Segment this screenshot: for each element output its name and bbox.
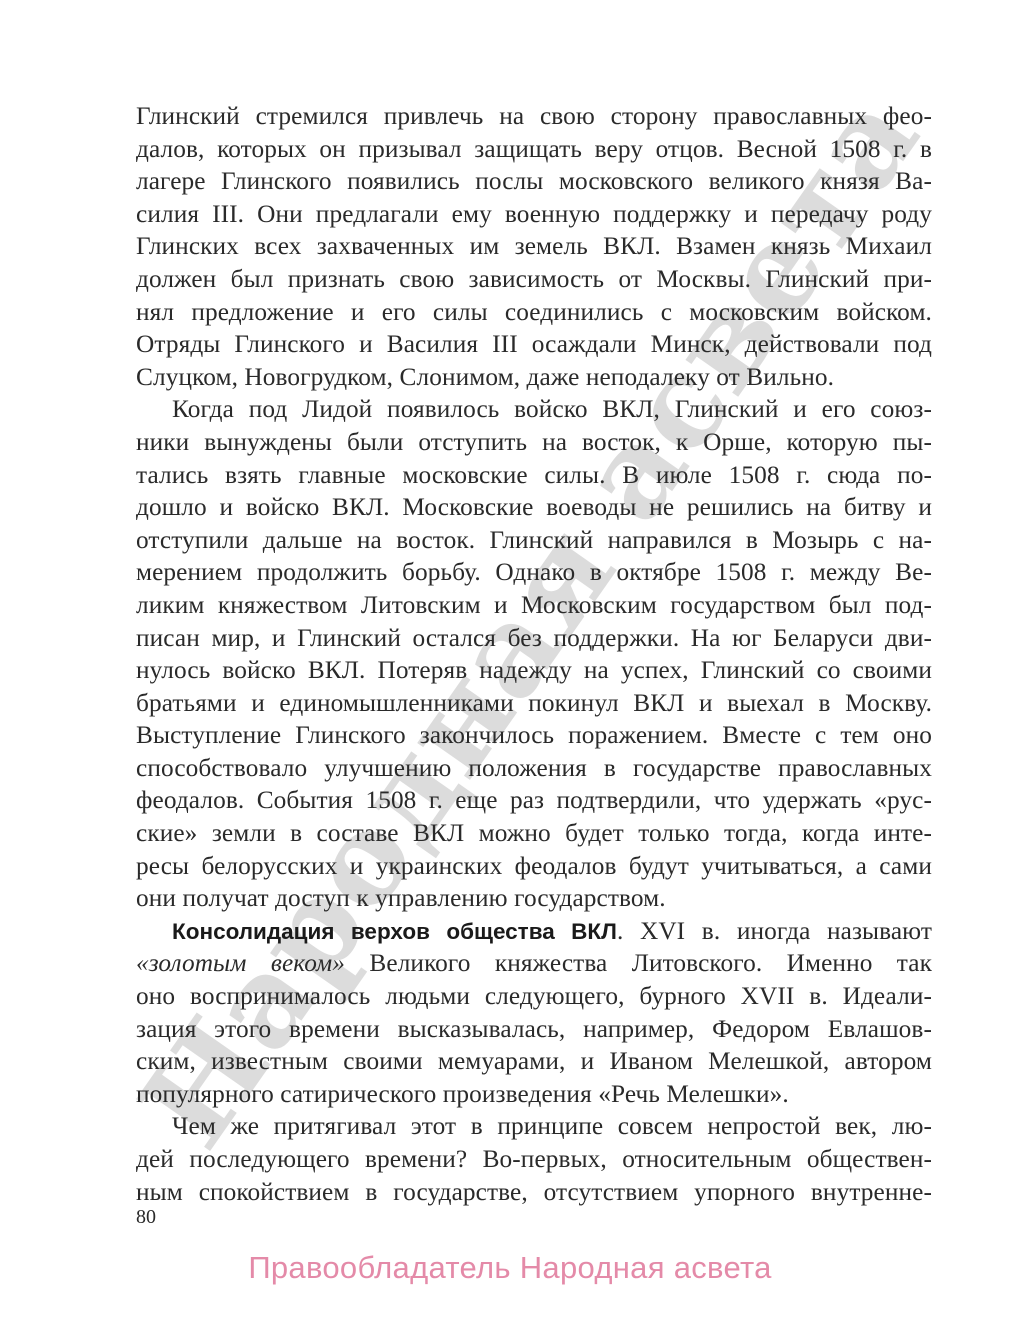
text-line: оно воспринималось людьми следующего, бу… xyxy=(136,980,932,1013)
copyright-notice: Правообладатель Народная асвета xyxy=(0,1250,1020,1286)
text-line: нял предложение и его силы соединились с… xyxy=(136,296,932,329)
text-line: тались взять главные московские силы. В … xyxy=(136,459,932,492)
text-line: нулось войско ВКЛ. Потеряв надежду на ус… xyxy=(136,654,932,687)
text-line: писан мир, и Глинский остался без поддер… xyxy=(136,622,932,655)
italic-term: «золотым веком» xyxy=(136,949,345,977)
text-line: «золотым веком» Великого княжества Литов… xyxy=(136,947,932,980)
text-line: Когда под Лидой появилось войско ВКЛ, Гл… xyxy=(136,393,932,426)
text-line: ским, известным своими мемуарами, и Иван… xyxy=(136,1045,932,1078)
text-line: Слуцком, Новогрудком, Слонимом, даже неп… xyxy=(136,361,932,394)
text-line: отступили дальше на восток. Глинский нап… xyxy=(136,524,932,557)
text-line: дей последующего времени? Во-первых, отн… xyxy=(136,1143,932,1176)
text-line: ресы белорусских и украинских феодалов б… xyxy=(136,850,932,883)
page-number: 80 xyxy=(136,1206,156,1229)
text-span: . XVI в. иногда называют xyxy=(617,917,932,945)
text-line: лагере Глинского появились послы московс… xyxy=(136,165,932,198)
text-line: дошло и войско ВКЛ. Московские воеводы н… xyxy=(136,491,932,524)
text-line: ным спокойствием в государстве, отсутств… xyxy=(136,1176,932,1209)
text-line: Консолидация верхов общества ВКЛ. XVI в.… xyxy=(136,915,932,948)
paragraph-1: Глинский стремился привлечь на свою стор… xyxy=(136,100,932,393)
text-line: Чем же притягивал этот в принципе совсем… xyxy=(136,1110,932,1143)
text-line: ликим княжеством Литовским и Московским … xyxy=(136,589,932,622)
text-line: далов, которых он призывал защищать веру… xyxy=(136,133,932,166)
section-heading: Консолидация верхов общества ВКЛ xyxy=(172,919,617,944)
paragraph-3: Консолидация верхов общества ВКЛ. XVI в.… xyxy=(136,915,932,1111)
page-body: Глинский стремился привлечь на свою стор… xyxy=(136,100,932,1208)
text-line: мерением продолжить борьбу. Однако в окт… xyxy=(136,556,932,589)
text-line: Выступление Глинского закончилось пораже… xyxy=(136,719,932,752)
text-line: Глинских всех захваченных им земель ВКЛ.… xyxy=(136,230,932,263)
text-line: феодалов. События 1508 г. еще раз подтве… xyxy=(136,784,932,817)
text-line: популярного сатирического произведения «… xyxy=(136,1078,932,1111)
text-line: они получат доступ к управлению государс… xyxy=(136,882,932,915)
text-line: Отряды Глинского и Василия III осаждали … xyxy=(136,328,932,361)
text-line: должен был признать свою зависимость от … xyxy=(136,263,932,296)
text-line: способствовало улучшению положения в гос… xyxy=(136,752,932,785)
paragraph-4: Чем же притягивал этот в принципе совсем… xyxy=(136,1110,932,1208)
text-line: ские» земли в составе ВКЛ можно будет то… xyxy=(136,817,932,850)
text-line: Глинский стремился привлечь на свою стор… xyxy=(136,100,932,133)
text-line: братьями и единомышленниками покинул ВКЛ… xyxy=(136,687,932,720)
text-line: зация этого времени высказывалась, напри… xyxy=(136,1013,932,1046)
paragraph-2: Когда под Лидой появилось войско ВКЛ, Гл… xyxy=(136,393,932,915)
text-line: силия III. Они предлагали ему военную по… xyxy=(136,198,932,231)
text-span: Великого княжества Литовского. Именно та… xyxy=(345,949,932,977)
text-line: ники вынуждены были отступить на восток,… xyxy=(136,426,932,459)
